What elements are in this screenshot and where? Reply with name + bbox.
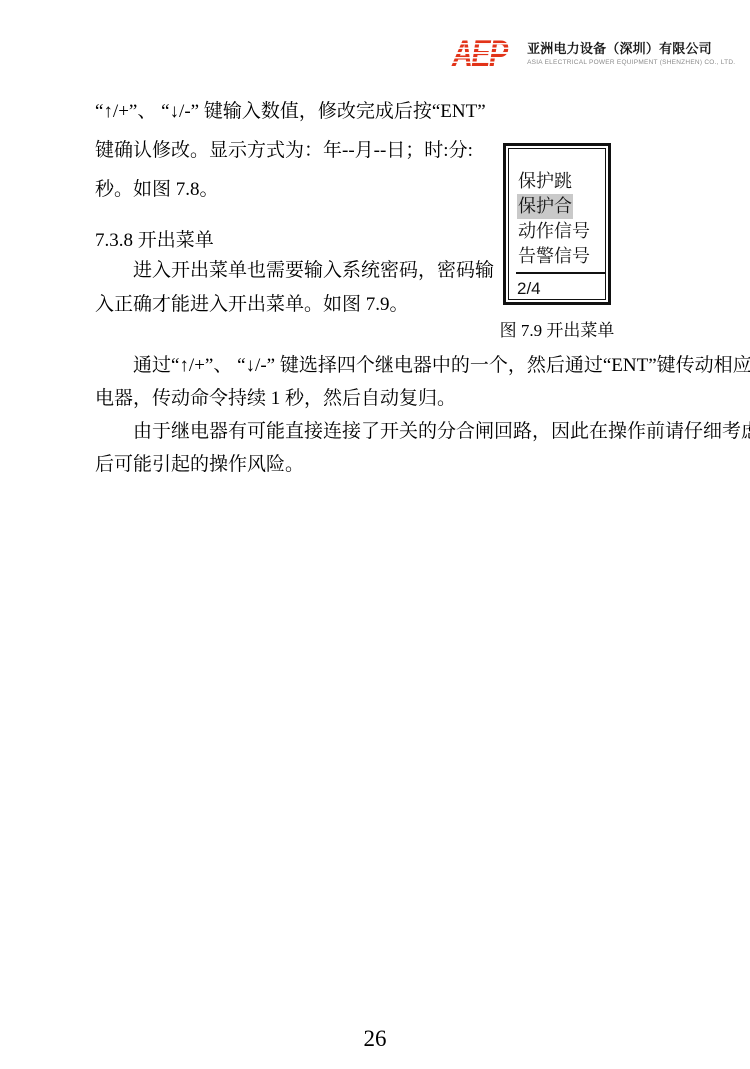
page-number: 26 (0, 1026, 750, 1052)
lcd-menu-item-protection-trip: 保护跳 (517, 169, 605, 194)
company-name-english: ASIA ELECTRICAL POWER EQUIPMENT (SHENZHE… (527, 59, 735, 66)
paragraph-line: 由于继电器有可能直接连接了开关的分合闸回路，因此在操作前请仔细考虑传动 (95, 415, 660, 448)
company-name-chinese: 亚洲电力设备（深圳）有限公司 (527, 40, 735, 57)
paragraph-line: 通过“↑/+”、 “↓/-” 键选择四个继电器中的一个，然后通过“ENT”键传动… (95, 349, 660, 382)
document-page: AEP 亚洲电力设备（深圳）有限公司 ASIA ELECTRICAL POWER… (0, 0, 750, 1069)
company-name-block: 亚洲电力设备（深圳）有限公司 ASIA ELECTRICAL POWER EQU… (527, 40, 735, 66)
lcd-menu-item-protection-close-selected: 保护合 (517, 194, 605, 219)
paragraph-line: “↑/+”、 “↓/-” 键输入数值，修改完成后按“ENT” (95, 92, 505, 131)
section-heading-7-3-8: 7.3.8 开出菜单 (95, 229, 214, 253)
figure-7-9-lcd-frame: 保护跳 保护合 动作信号 告警信号 2/4 (503, 143, 611, 305)
paragraph-line: 电器，传动命令持续 1 秒，然后自动复归。 (95, 382, 660, 415)
lcd-screen: 保护跳 保护合 动作信号 告警信号 2/4 (508, 148, 606, 300)
company-header: AEP 亚洲电力设备（深圳）有限公司 ASIA ELECTRICAL POWER… (452, 38, 735, 70)
paragraph-datetime-setting: “↑/+”、 “↓/-” 键输入数值，修改完成后按“ENT” 键确认修改。显示方… (95, 92, 505, 209)
paragraph-relay-selection: 通过“↑/+”、 “↓/-” 键选择四个继电器中的一个，然后通过“ENT”键传动… (95, 349, 660, 415)
figure-caption-7-9: 图 7.9 开出菜单 (462, 320, 652, 342)
lcd-page-indicator: 2/4 (517, 276, 605, 301)
aep-logo-text: AEP (452, 38, 507, 70)
paragraph-line: 键确认修改。显示方式为：年--月--日；时:分: (95, 131, 505, 170)
aep-logo: AEP (452, 38, 522, 70)
lcd-selected-highlight: 保护合 (517, 194, 573, 219)
paragraph-operation-risk-warning: 由于继电器有可能直接连接了开关的分合闸回路，因此在操作前请仔细考虑传动 后可能引… (95, 415, 660, 481)
lcd-menu-item-alarm-signal: 告警信号 (517, 244, 605, 269)
paragraph-line: 进入开出菜单也需要输入系统密码，密码输 (95, 254, 505, 288)
lcd-menu-item-action-signal: 动作信号 (517, 219, 605, 244)
paragraph-line: 入正确才能进入开出菜单。如图 7.9。 (95, 288, 505, 322)
paragraph-enter-output-menu: 进入开出菜单也需要输入系统密码，密码输 入正确才能进入开出菜单。如图 7.9。 (95, 254, 505, 322)
lcd-separator-line (516, 272, 606, 274)
paragraph-line: 秒。如图 7.8。 (95, 170, 505, 209)
paragraph-line: 后可能引起的操作风险。 (95, 448, 660, 481)
